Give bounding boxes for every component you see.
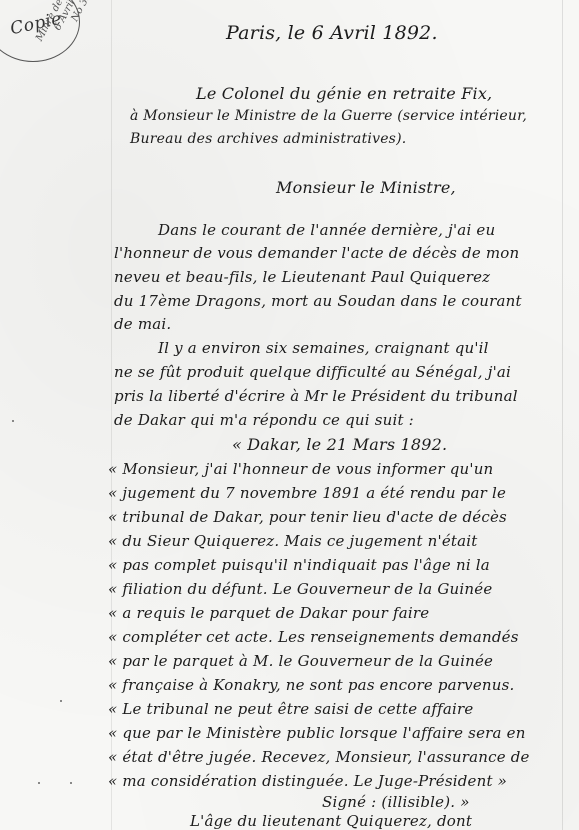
quote-line: « que par le Ministère public lorsque l'… [108,724,526,742]
paper-speck [12,420,14,422]
body-line: neveu et beau-fils, le Lieutenant Paul Q… [114,268,490,286]
body-line: de Dakar qui m'a répondu ce qui suit : [114,411,414,429]
header-line: Le Colonel du génie en retraite Fix, [196,84,492,103]
document-page: Copie Minre de la Gnre 6 Avril 1892 No 3… [0,0,579,830]
body-line: Il y a environ six semaines, craignant q… [158,339,489,357]
body-line: pris la liberté d'écrire à Mr le Préside… [114,387,518,405]
body-line: de mai. [114,315,171,333]
paper-speck [60,700,62,702]
quote-line: « a requis le parquet de Dakar pour fair… [108,604,429,622]
header-line: à Monsieur le Ministre de la Guerre (ser… [130,108,527,124]
quote-line: « tribunal de Dakar, pour tenir lieu d'a… [108,508,507,526]
body-line: du 17ème Dragons, mort au Soudan dans le… [114,292,522,310]
paper-speck [70,782,72,784]
closing-line: L'âge du lieutenant Quiquerez, dont [190,812,472,830]
quote-line: « du Sieur Quiquerez. Mais ce jugement n… [108,532,478,550]
paper-speck [38,782,40,784]
page-edge [562,0,563,830]
quote-line: « compléter cet acte. Les renseignements… [108,628,519,646]
quote-line: « par le parquet à M. le Gouverneur de l… [108,652,493,670]
quote-line: « Monsieur, j'ai l'honneur de vous infor… [108,460,493,478]
quote-line: « ma considération distinguée. Le Juge-P… [108,772,507,790]
body-line: ne se fût produit quelque difficulté au … [114,363,511,381]
header-line: Bureau des archives administratives). [130,131,406,147]
quote-line: « état d'être jugée. Recevez, Monsieur, … [108,748,530,766]
quote-line: « jugement du 7 novembre 1891 a été rend… [108,484,506,502]
quote-line: « pas complet puisqu'il n'indiquait pas … [108,556,490,574]
body-line: Dans le courant de l'année dernière, j'a… [158,221,495,239]
quote-line: « française à Konakry, ne sont pas encor… [108,676,515,694]
quote-line: « filiation du défunt. Le Gouverneur de … [108,580,492,598]
body-line: l'honneur de vous demander l'acte de déc… [114,244,519,262]
quote-line: « Le tribunal ne peut être saisi de cett… [108,700,474,718]
signature-line: Signé : (illisible). » [322,793,470,811]
salutation: Monsieur le Ministre, [276,178,456,197]
quote-dateline: « Dakar, le 21 Mars 1892. [232,435,447,454]
dateline: Paris, le 6 Avril 1892. [226,22,438,44]
